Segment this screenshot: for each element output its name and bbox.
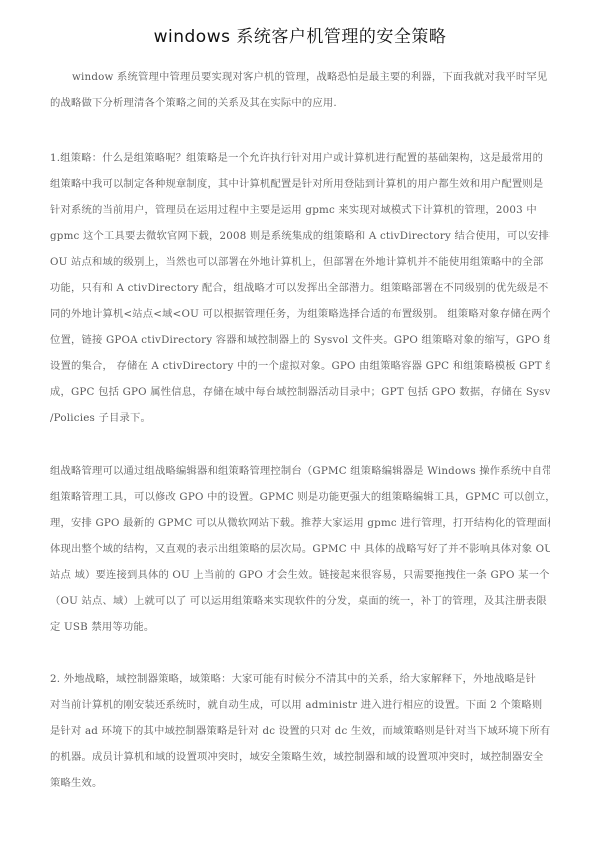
text-line: 同的外地计算机<站点<域<OU 可以根据管理任务，为组策略选择合适的布置级别。 … — [50, 301, 550, 327]
text-line: 设置的集合， 存储在 A ctivDirectory 中的一个虚拟对象。GPO … — [50, 353, 550, 379]
text-line: 对当前计算机的刚安装还系统时，就自动生成，可以用 administr 进入进行相… — [50, 692, 550, 718]
text-line: OU 站点和域的级别上，当然也可以部署在外地计算机上，但部署在外地计算机并不能使… — [50, 249, 550, 275]
document-title: windows 系统客户机管理的安全策略 — [0, 22, 600, 47]
text-line: 定 USB 禁用等功能。 — [50, 614, 550, 640]
section-2-local-policy: 2. 外地战略，域控制器策略，域策略：大家可能有时候分不清其中的关系，给大家解释… — [50, 666, 550, 796]
text-line: 组策略管理工具，可以修改 GPO 中的设置。GPMC 则是功能更强大的组策略编辑… — [50, 484, 550, 510]
text-line: 策略生效。 — [50, 770, 550, 796]
document-page: windows 系统客户机管理的安全策略 window 系统管理中管理员要实现对… — [0, 0, 600, 849]
text-line: 理，安排 GPO 最新的 GPMC 可以从微软网站下载。推荐大家运用 gpmc … — [50, 510, 550, 536]
text-line: 组策略中我可以制定各种规章制度，其中计算机配置是针对所用登陆到计算机的用户都生效… — [50, 171, 550, 197]
text-line: 位置，链接 GPOA ctivDirectory 容器和域控制器上的 Sysvo… — [50, 327, 550, 353]
text-line: 的战略做下分析理清各个策略之间的关系及其在实际中的应用. — [50, 90, 550, 116]
gpmc-paragraph: 组战略管理可以通过组战略编辑器和组策略管理控制台（GPMC 组策略编辑器是 Wi… — [50, 458, 550, 640]
text-line: 功能，只有和 A ctivDirectory 配合，组战略才可以发挥出全部潜力。… — [50, 275, 550, 301]
text-line: gpmc 这个工具要去微软官网下载，2008 则是系统集成的组策略和 A cti… — [50, 223, 550, 249]
text-line: 组战略管理可以通过组战略编辑器和组策略管理控制台（GPMC 组策略编辑器是 Wi… — [50, 458, 550, 484]
text-line: （OU 站点、域）上就可以了 可以运用组策略来实现软件的分发，桌面的统一，补丁的… — [50, 588, 550, 614]
text-line: 站点 域）要连接到具体的 OU 上当前的 GPO 才会生效。链接起来很容易，只需… — [50, 562, 550, 588]
text-line: 针对系统的当前用户，管理员在运用过程中主要是运用 gpmc 来实现对域模式下计算… — [50, 197, 550, 223]
text-line: 1.组策略：什么是组策略呢？组策略是一个允许执行针对用户或计算机进行配置的基础架… — [50, 145, 550, 171]
text-line: 是针对 ad 环境下的其中域控制器策略是针对 dc 设置的只对 dc 生效，而域… — [50, 718, 550, 744]
section-1-group-policy: 1.组策略：什么是组策略呢？组策略是一个允许执行针对用户或计算机进行配置的基础架… — [50, 145, 550, 431]
text-line: 的机器。成员计算机和域的设置项冲突时，域安全策略生效，域控制器和域的设置项冲突时… — [50, 744, 550, 770]
text-line: 体现出整个域的结构，又直观的表示出组策略的层次局。GPMC 中 具体的战略写好了… — [50, 536, 550, 562]
text-line: 成，GPC 包括 GPO 属性信息，存储在域中每台域控制器活动目录中；GPT 包… — [50, 379, 550, 405]
intro-paragraph: window 系统管理中管理员要实现对客户机的管理，战略恐怕是最主要的利器，下面… — [50, 64, 550, 116]
text-line: window 系统管理中管理员要实现对客户机的管理，战略恐怕是最主要的利器，下面… — [50, 64, 550, 90]
text-line: /Policies 子目录下。 — [50, 405, 550, 431]
text-line: 2. 外地战略，域控制器策略，域策略：大家可能有时候分不清其中的关系，给大家解释… — [50, 666, 550, 692]
